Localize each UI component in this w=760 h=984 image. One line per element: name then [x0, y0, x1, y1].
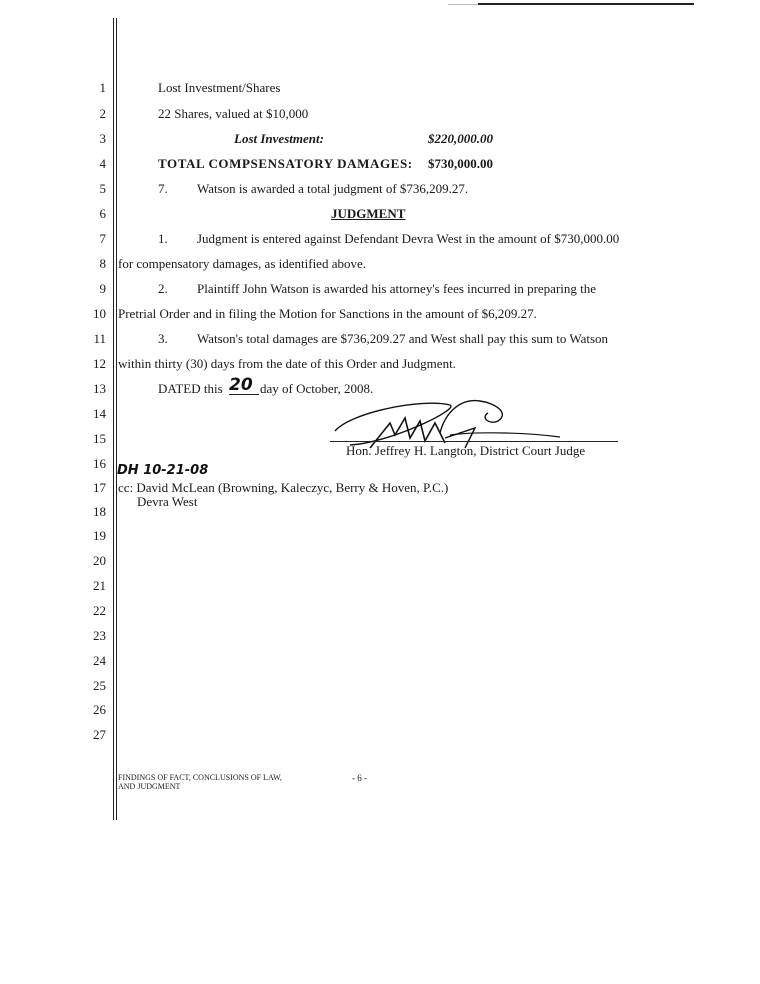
line-number: 25 [80, 678, 106, 694]
page-number: - 6 - [352, 773, 367, 783]
judgment-item-1-continued: for compensatory damages, as identified … [118, 256, 366, 272]
margin-line-left [113, 18, 114, 820]
dated-prefix: DATED this [158, 381, 223, 397]
line-number: 20 [80, 553, 106, 569]
signature-line [330, 441, 618, 442]
judgment-item-3-text: Watson's total damages are $736,209.27 a… [197, 331, 608, 347]
line-number: 17 [80, 480, 106, 496]
lost-investment-value: $220,000.00 [428, 131, 493, 147]
line-number: 14 [80, 406, 106, 422]
cc-line-2: Devra West [137, 494, 197, 510]
line-number: 13 [80, 381, 106, 397]
document-page: 1234567891011121314151617181920212223242… [0, 0, 760, 984]
line-number: 18 [80, 504, 106, 520]
line-number: 24 [80, 653, 106, 669]
judgment-item-2-text: Plaintiff John Watson is awarded his att… [197, 281, 596, 297]
top-rule-faint [448, 4, 478, 5]
line-number: 22 [80, 603, 106, 619]
margin-line-right [116, 18, 117, 820]
top-rule [478, 3, 694, 5]
line-number: 2 [80, 106, 106, 122]
item-7-text: Watson is awarded a total judgment of $7… [197, 181, 468, 197]
line-shares-valued: 22 Shares, valued at $10,000 [158, 106, 308, 122]
handwritten-initials-date: DH 10-21-08 [117, 463, 208, 478]
line-number: 10 [80, 306, 106, 322]
item-7-number: 7. [158, 181, 168, 197]
line-number: 12 [80, 356, 106, 372]
line-number: 19 [80, 528, 106, 544]
handwritten-day: 20 [229, 375, 253, 395]
judgment-item-2-continued: Pretrial Order and in filing the Motion … [118, 306, 537, 322]
day-blank-line [229, 394, 259, 395]
signatory-name: Hon. Jeffrey H. Langton, District Court … [346, 443, 585, 459]
line-number: 4 [80, 156, 106, 172]
line-number: 16 [80, 456, 106, 472]
lost-investment-label: Lost Investment: [234, 131, 324, 147]
line-number: 11 [80, 331, 106, 347]
line-number: 1 [80, 80, 106, 96]
footer-title-line-1: FINDINGS OF FACT, CONCLUSIONS OF LAW, [118, 773, 282, 782]
line-lost-investment-shares: Lost Investment/Shares [158, 80, 280, 96]
footer-title: FINDINGS OF FACT, CONCLUSIONS OF LAW, AN… [118, 773, 282, 791]
line-number: 21 [80, 578, 106, 594]
judgment-heading: JUDGMENT [331, 206, 405, 222]
line-number: 3 [80, 131, 106, 147]
line-number: 8 [80, 256, 106, 272]
judgment-item-2-number: 2. [158, 281, 168, 297]
judgment-item-1-text: Judgment is entered against Defendant De… [197, 231, 619, 247]
judgment-item-3-continued: within thirty (30) days from the date of… [118, 356, 456, 372]
line-number: 15 [80, 431, 106, 447]
line-number: 5 [80, 181, 106, 197]
total-damages-label: TOTAL COMPSENSATORY DAMAGES: [158, 156, 413, 172]
line-number: 26 [80, 702, 106, 718]
footer-title-line-2: AND JUDGMENT [118, 782, 282, 791]
line-number: 27 [80, 727, 106, 743]
total-damages-value: $730,000.00 [428, 156, 493, 172]
judgment-item-1-number: 1. [158, 231, 168, 247]
line-number: 23 [80, 628, 106, 644]
line-number: 9 [80, 281, 106, 297]
judgment-item-3-number: 3. [158, 331, 168, 347]
line-number: 6 [80, 206, 106, 222]
line-number: 7 [80, 231, 106, 247]
